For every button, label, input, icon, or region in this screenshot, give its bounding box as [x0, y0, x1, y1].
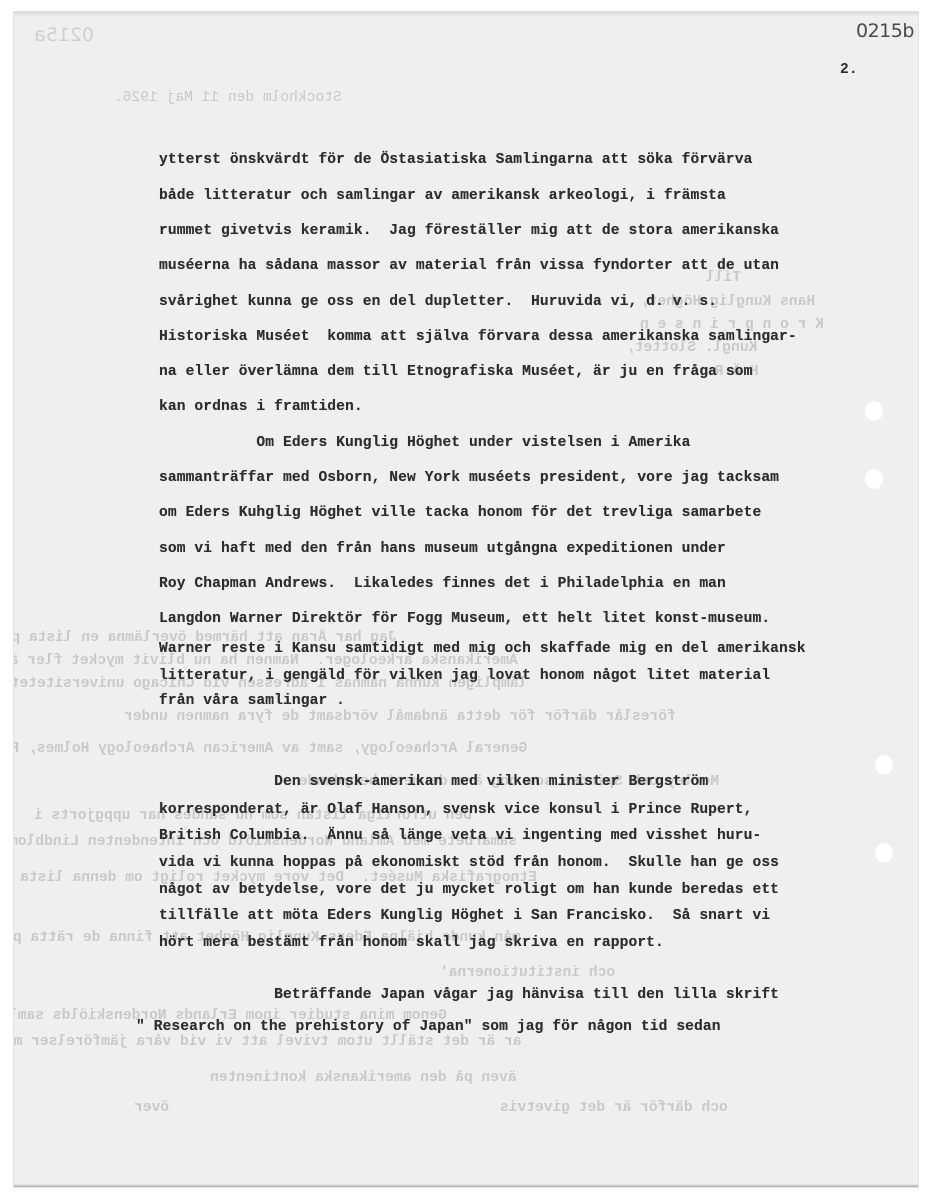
archive-number-bleed: 0215a — [34, 24, 94, 46]
text-line: Langdon Warner Direktör för Fogg Museum,… — [159, 611, 770, 627]
text-line: ytterst önskvärdt för de Östasiatiska Sa… — [159, 152, 752, 168]
text-line: tillfälle att möta Eders Kunglig Höghet … — [159, 908, 770, 924]
text-line: Om Eders Kunglig Höghet under vistelsen … — [159, 435, 690, 451]
bleed-line: föreslår därför för detta ändamål vördsa… — [124, 709, 676, 725]
bleed-line: över — [134, 1100, 169, 1116]
punch-hole — [864, 468, 884, 490]
bleed-line: Stockholm den 11 Maj 1926. — [114, 90, 342, 106]
text-line: sammanträffar med Osborn, New York musée… — [159, 470, 779, 486]
text-line: både litteratur och samlingar av amerika… — [159, 188, 726, 204]
text-line: " Research on the prehistory of Japan" s… — [136, 1019, 721, 1035]
text-line: korresponderat, är Olaf Hanson, svensk v… — [159, 802, 752, 818]
punch-hole — [874, 842, 894, 864]
bleed-line: även på den amerikanska kontinenten — [210, 1070, 517, 1086]
punch-hole — [874, 754, 894, 776]
archive-number: 0215b — [856, 20, 914, 42]
text-line: kan ordnas i framtiden. — [159, 399, 363, 415]
bleed-line: General Archaeology, samt av American Ar… — [14, 741, 527, 757]
text-line: Roy Chapman Andrews. Likaledes finnes de… — [159, 576, 726, 592]
bleed-line: ar är det ställt utom tvivel att vi vid … — [14, 1034, 522, 1050]
text-line: Warner reste i Kansu samtidigt med mig o… — [159, 641, 806, 657]
text-line: Historiska Muséet komma att själva förva… — [159, 329, 797, 345]
text-line: hört mera bestämt från honom skall jag s… — [159, 935, 664, 951]
document-page: 0215a Stockholm den 11 Maj 1926. Till Ha… — [14, 12, 918, 1187]
text-line: Beträffande Japan vågar jag hänvisa till… — [159, 987, 779, 1003]
text-line: litteratur, i gengäld för vilken jag lov… — [159, 668, 770, 684]
text-line: något av betydelse, vore det ju mycket r… — [159, 882, 779, 898]
text-line: muséerna ha sådana massor av material fr… — [159, 258, 779, 274]
text-line: svårighet kunna ge oss en del dupletter.… — [159, 294, 717, 310]
text-line: British Columbia. Ännu så länge veta vi … — [159, 828, 761, 844]
text-line: vida vi kunna hoppas på ekonomiskt stöd … — [159, 855, 779, 871]
text-line: som vi haft med den från hans museum utg… — [159, 541, 726, 557]
bleed-line: och institutionerna' — [440, 965, 615, 981]
page-number: 2. — [840, 62, 858, 78]
text-line: rummet givetvis keramik. Jag föreställer… — [159, 223, 779, 239]
bleed-line: och därför är det givetvis — [500, 1100, 728, 1116]
text-line: om Eders Kuhglig Höghet ville tacka hono… — [159, 505, 761, 521]
punch-hole — [864, 400, 884, 422]
text-line: na eller överlämna dem till Etnografiska… — [159, 364, 752, 380]
text-line: Den svensk-amerikan med vilken minister … — [159, 774, 708, 790]
text-line: från våra samlingar . — [159, 693, 345, 709]
